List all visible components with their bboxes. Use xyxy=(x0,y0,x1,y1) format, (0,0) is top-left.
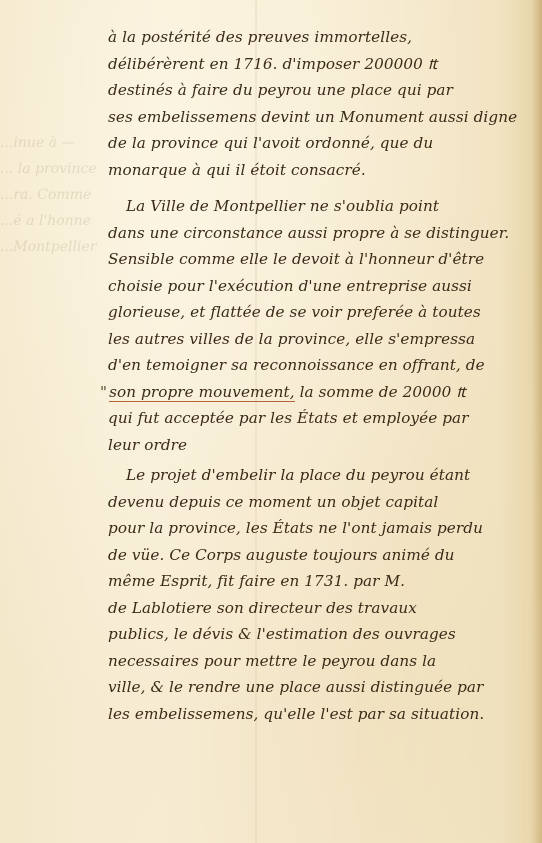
manuscript-text: à la postérité des preuves immortelles, … xyxy=(108,24,518,727)
text-line: monarque à qui il étoit consacré. xyxy=(108,157,518,184)
paragraph-2: La Ville de Montpellier ne s'oublia poin… xyxy=(108,193,518,458)
quotation-mark: " xyxy=(100,383,107,401)
red-underlined-phrase: son propre mouvement, xyxy=(109,383,295,402)
paragraph-1: à la postérité des preuves immortelles, … xyxy=(108,24,518,183)
text-line: dans une circonstance aussi propre à se … xyxy=(108,220,518,247)
text-line: destinés à faire du peyrou une place qui… xyxy=(108,77,518,104)
text-line: leur ordre xyxy=(108,432,518,459)
text-line: pour la province, les États ne l'ont jam… xyxy=(108,515,518,542)
text-line: délibérèrent en 1716. d'imposer 200000 ₶ xyxy=(108,51,518,78)
text-line: qui fut acceptée par les États et employ… xyxy=(108,405,518,432)
text-line: devenu depuis ce moment un objet capital xyxy=(108,489,518,516)
text-line: necessaires pour mettre le peyrou dans l… xyxy=(108,648,518,675)
text-line: ville, & le rendre une place aussi disti… xyxy=(108,674,518,701)
text-line: les autres villes de la province, elle s… xyxy=(108,326,518,353)
manuscript-page: ...inue à — ... la province ...ra. Comme… xyxy=(0,0,542,843)
text-line: de Lablotiere son directeur des travaux xyxy=(108,595,518,622)
text-line: publics, le dévis & l'estimation des ouv… xyxy=(108,621,518,648)
text-fragment: la somme de 20000 ₶ xyxy=(295,383,466,401)
text-line: choisie pour l'exécution d'une entrepris… xyxy=(108,273,518,300)
text-line: La Ville de Montpellier ne s'oublia poin… xyxy=(108,193,518,220)
paragraph-3: Le projet d'embelir la place du peyrou é… xyxy=(108,462,518,727)
text-line: à la postérité des preuves immortelles, xyxy=(108,24,518,51)
text-line: d'en temoigner sa reconnoissance en offr… xyxy=(108,352,518,379)
underlined-text-line: "son propre mouvement, la somme de 20000… xyxy=(108,379,518,406)
text-line: glorieuse, et flattée de se voir preferé… xyxy=(108,299,518,326)
text-line: les embelissemens, qu'elle l'est par sa … xyxy=(108,701,518,728)
text-line: Le projet d'embelir la place du peyrou é… xyxy=(108,462,518,489)
text-line: de la province qui l'avoit ordonné, que … xyxy=(108,130,518,157)
text-line: de vüe. Ce Corps auguste toujours animé … xyxy=(108,542,518,569)
text-line: même Esprit, fit faire en 1731. par M. xyxy=(108,568,518,595)
text-line: ses embelissemens devint un Monument aus… xyxy=(108,104,518,131)
text-line: Sensible comme elle le devoit à l'honneu… xyxy=(108,246,518,273)
